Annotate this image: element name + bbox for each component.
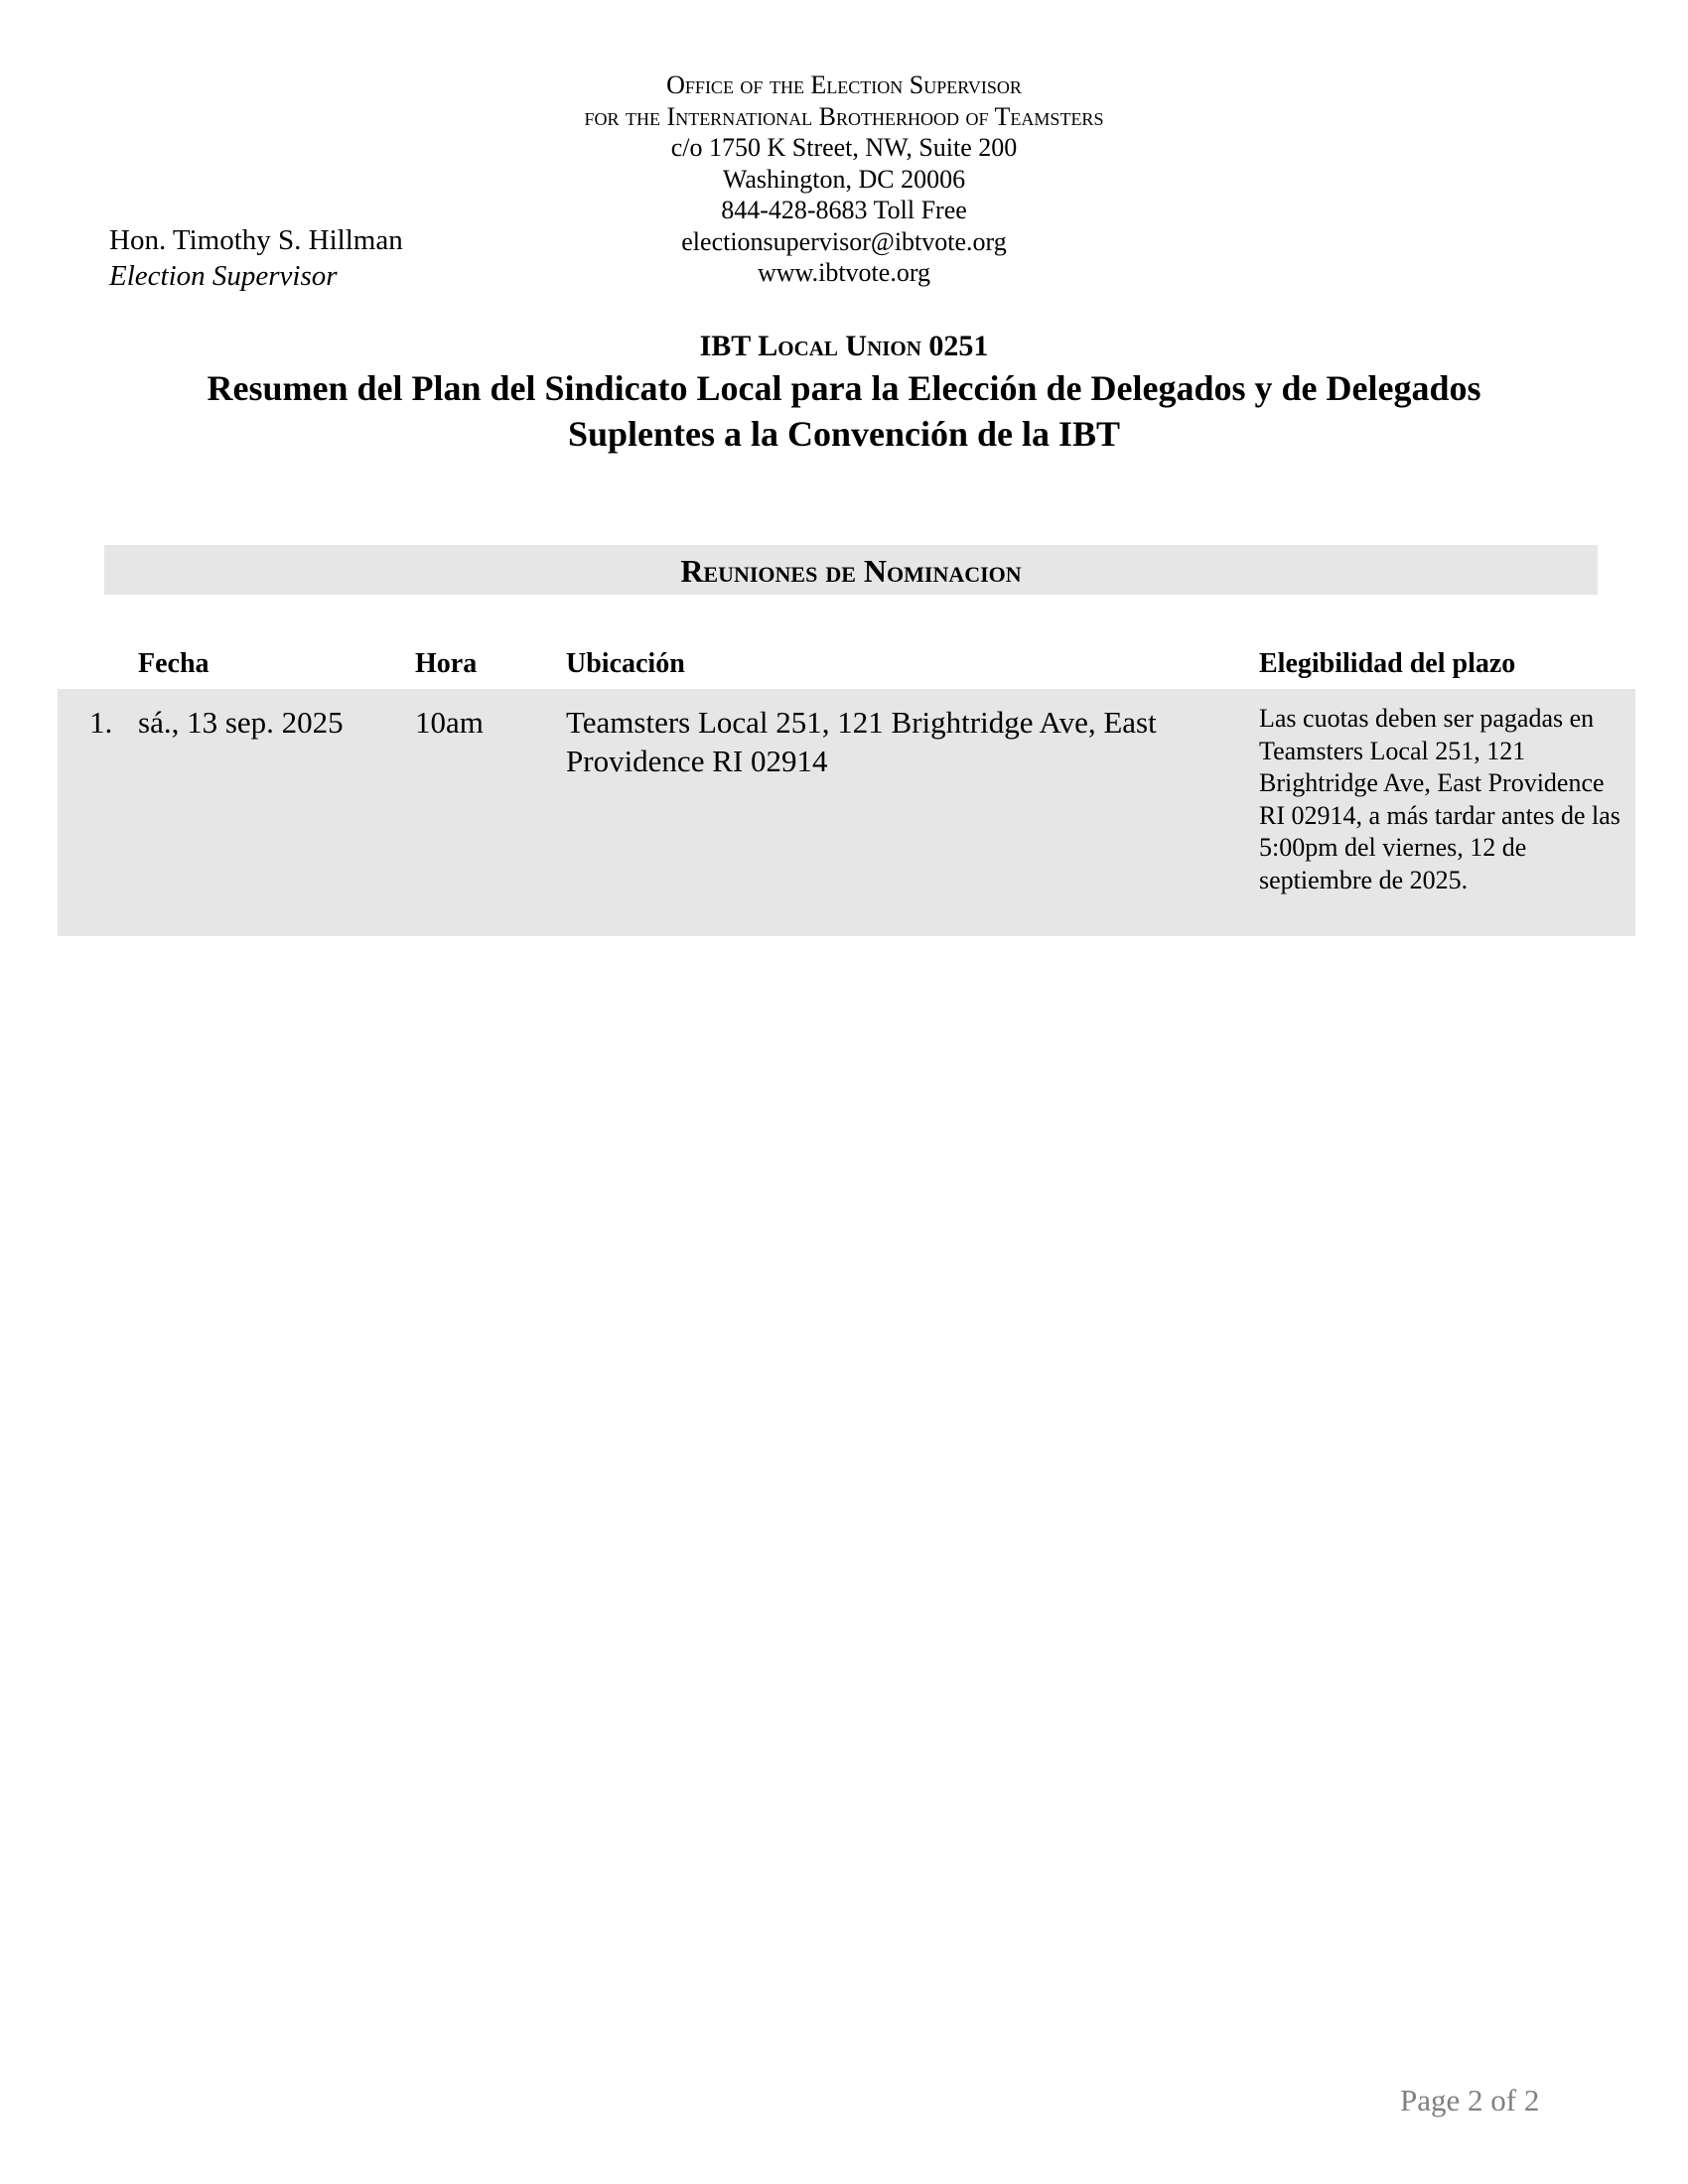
title-line-2: Suplentes a la Convención de la IBT: [0, 411, 1688, 457]
column-header-time: Hora: [415, 644, 477, 684]
table-row: 1. sá., 13 sep. 2025 10am Teamsters Loca…: [58, 689, 1635, 936]
meeting-date: sá., 13 sep. 2025: [138, 703, 344, 742]
page-number: Page 2 of 2: [1400, 2083, 1539, 2118]
address-line-2: Washington, DC 20006: [0, 164, 1688, 196]
column-header-location: Ubicación: [566, 644, 685, 684]
title-line-1: Resumen del Plan del Sindicato Local par…: [0, 365, 1688, 411]
meeting-location: Teamsters Local 251, 121 Brightridge Ave…: [566, 703, 1261, 780]
meeting-time: 10am: [415, 703, 484, 742]
supervisor-block: Hon. Timothy S. Hillman Election Supervi…: [109, 222, 403, 294]
document-title: IBT Local Union 0251 Resumen del Plan de…: [0, 328, 1688, 457]
organization-name: for the International Brotherhood of Tea…: [0, 101, 1688, 133]
address-line-1: c/o 1750 K Street, NW, Suite 200: [0, 132, 1688, 164]
column-header-eligibility: Elegibilidad del plazo: [1259, 644, 1515, 684]
office-name: Office of the Election Supervisor: [0, 69, 1688, 101]
table-header: Fecha Hora Ubicación Elegibilidad del pl…: [0, 644, 1688, 684]
row-number: 1.: [89, 703, 112, 742]
section-heading: Reuniones de Nominacion: [104, 545, 1598, 595]
eligibility-deadline: Las cuotas deben ser pagadas en Teamster…: [1259, 703, 1626, 896]
supervisor-role: Election Supervisor: [109, 258, 403, 294]
column-header-date: Fecha: [138, 644, 210, 684]
supervisor-name: Hon. Timothy S. Hillman: [109, 222, 403, 258]
union-name: IBT Local Union 0251: [0, 328, 1688, 365]
phone-number: 844-428-8683 Toll Free: [0, 195, 1688, 226]
